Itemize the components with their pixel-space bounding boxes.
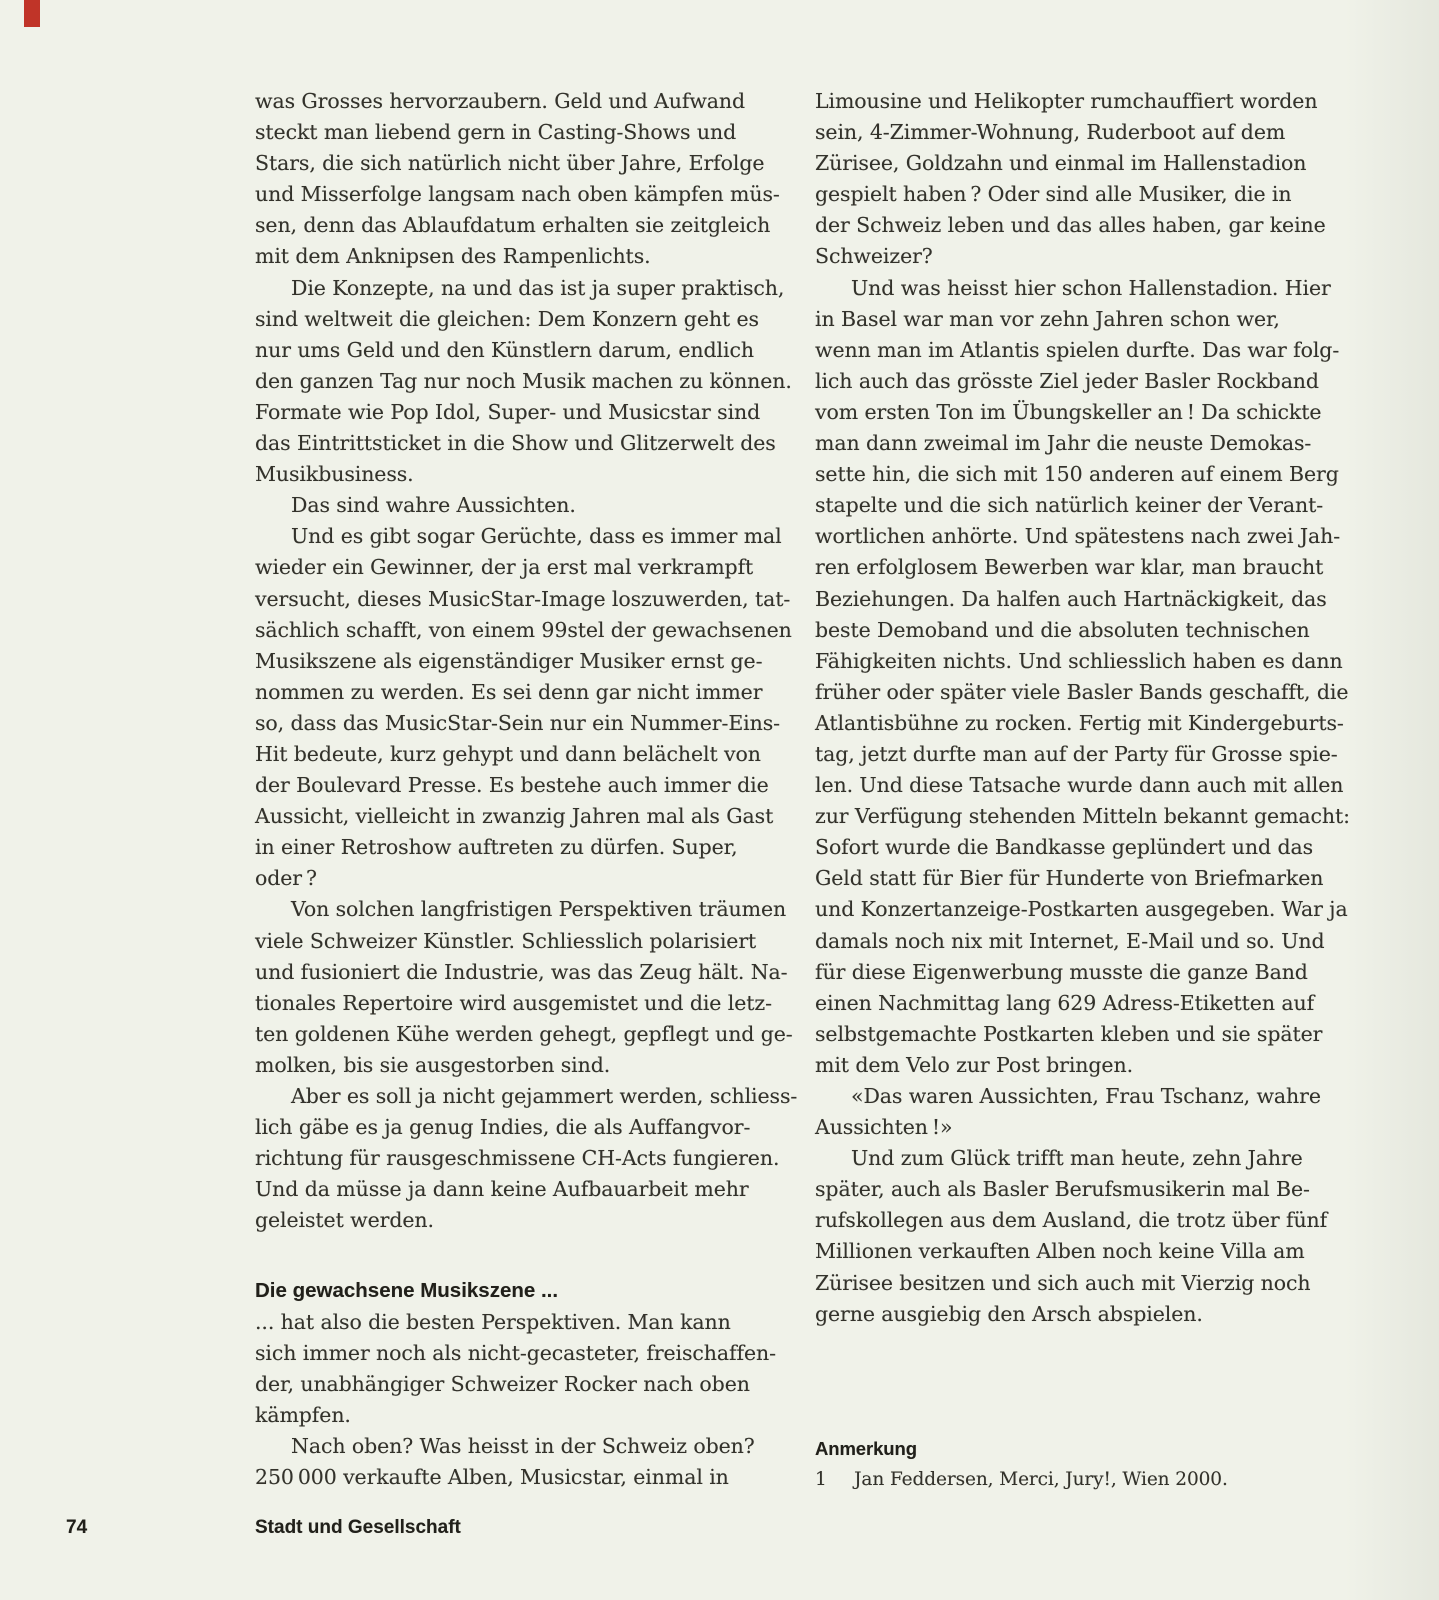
text-line: gespielt haben ? Oder sind alle Musiker,…: [815, 179, 1350, 210]
text-line: so, dass das MusicStar-Sein nur ein Numm…: [255, 708, 795, 739]
text-line: Musikbusiness.: [255, 459, 795, 490]
text-line: viele Schweizer Künstler. Schliesslich p…: [255, 926, 795, 957]
text-line: Schweizer?: [815, 241, 1350, 272]
text-line: wenn man im Atlantis spielen durfte. Das…: [815, 335, 1350, 366]
text-line: Musikszene als eigenständiger Musiker er…: [255, 646, 795, 677]
text-line: 250 000 verkaufte Alben, Musicstar, einm…: [255, 1462, 795, 1493]
text-line: einen Nachmittag lang 629 Adress-Etikett…: [815, 988, 1350, 1019]
text-line: sich immer noch als nicht-gecasteter, fr…: [255, 1338, 795, 1369]
note-heading: Anmerkung: [815, 1433, 1350, 1464]
text-line: Und was heisst hier schon Hallenstadion.…: [815, 273, 1350, 304]
text-line: Hit bedeute, kurz gehypt und dann beläch…: [255, 739, 795, 770]
text-line: Stars, die sich natürlich nicht über Jah…: [255, 148, 795, 179]
text-line: sen, denn das Ablaufdatum erhalten sie z…: [255, 210, 795, 241]
text-line: Sofort wurde die Bandkasse geplündert un…: [815, 832, 1350, 863]
text-line: Beziehungen. Da halfen auch Hartnäckigke…: [815, 584, 1350, 615]
text-line: und Konzertanzeige-Postkarten ausgegeben…: [815, 894, 1350, 925]
text-line: ... hat also die besten Perspektiven. Ma…: [255, 1307, 795, 1338]
text-line: Atlantisbühne zu rocken. Fertig mit Kind…: [815, 708, 1350, 739]
text-line: Das sind wahre Aussichten.: [255, 490, 795, 521]
running-footer-section-title: Stadt und Gesellschaft: [255, 1516, 461, 1540]
text-line: und fusioniert die Industrie, was das Ze…: [255, 957, 795, 988]
text-line: tag, jetzt durfte man auf der Party für …: [815, 739, 1350, 770]
text-line: damals noch nix mit Internet, E-Mail und…: [815, 926, 1350, 957]
text-line: mit dem Anknipsen des Rampenlichts.: [255, 241, 795, 272]
text-line: geleistet werden.: [255, 1205, 795, 1236]
text-line: sette hin, die sich mit 150 anderen auf …: [815, 459, 1350, 490]
text-line: rufskollegen aus dem Ausland, die trotz …: [815, 1205, 1350, 1236]
text-line: später, auch als Basler Berufsmusikerin …: [815, 1174, 1350, 1205]
text-line: nur ums Geld und den Künstlern darum, en…: [255, 335, 795, 366]
text-line: molken, bis sie ausgestorben sind.: [255, 1050, 795, 1081]
text-line: zur Verfügung stehenden Mitteln bekannt …: [815, 801, 1350, 832]
text-line: wortlichen anhörte. Und spätestens nach …: [815, 521, 1350, 552]
text-line: mit dem Velo zur Post bringen.: [815, 1050, 1350, 1081]
text-line: ren erfolglosem Bewerben war klar, man b…: [815, 552, 1350, 583]
right-text-column: Limousine und Helikopter rumchauffiert w…: [815, 86, 1350, 1495]
left-text-column: was Grosses hervorzaubern. Geld und Aufw…: [255, 86, 795, 1493]
text-line: Und da müsse ja dann keine Aufbauarbeit …: [255, 1174, 795, 1205]
text-line: Von solchen langfristigen Perspektiven t…: [255, 894, 795, 925]
text-line: versucht, dieses MusicStar-Image loszuwe…: [255, 584, 795, 615]
text-line: beste Demoband und die absoluten technis…: [815, 615, 1350, 646]
text-line: lich auch das grösste Ziel jeder Basler …: [815, 366, 1350, 397]
spacer: [815, 1330, 1350, 1433]
text-line: selbstgemachte Postkarten kleben und sie…: [815, 1019, 1350, 1050]
text-line: gerne ausgiebig den Arsch abspielen.: [815, 1299, 1350, 1330]
text-line: für diese Eigenwerbung musste die ganze …: [815, 957, 1350, 988]
text-line: Und zum Glück trifft man heute, zehn Jah…: [815, 1143, 1350, 1174]
text-line: Die Konzepte, na und das ist ja super pr…: [255, 273, 795, 304]
footnote-line: 1 Jan Feddersen, Merci, Jury!, Wien 2000…: [815, 1464, 1350, 1495]
scanned-book-page: was Grosses hervorzaubern. Geld und Aufw…: [0, 0, 1439, 1600]
text-line: vom ersten Ton im Übungskeller an ! Da s…: [815, 397, 1350, 428]
text-line: richtung für rausgeschmissene CH-Acts fu…: [255, 1143, 795, 1174]
text-line: sein, 4-Zimmer-Wohnung, Ruderboot auf de…: [815, 117, 1350, 148]
text-line: stapelte und die sich natürlich keiner d…: [815, 490, 1350, 521]
text-line: das Eintrittsticket in die Show und Glit…: [255, 428, 795, 459]
text-line: len. Und diese Tatsache wurde dann auch …: [815, 770, 1350, 801]
red-registration-mark: [24, 0, 40, 27]
text-line: oder ?: [255, 863, 795, 894]
text-line: ten goldenen Kühe werden gehegt, gepfleg…: [255, 1019, 795, 1050]
text-line: Fähigkeiten nichts. Und schliesslich hab…: [815, 646, 1350, 677]
text-line: Aber es soll ja nicht gejammert werden, …: [255, 1081, 795, 1112]
text-line: sächlich schafft, von einem 99stel der g…: [255, 615, 795, 646]
text-line: früher oder später viele Basler Bands ge…: [815, 677, 1350, 708]
text-line: kämpfen.: [255, 1400, 795, 1431]
text-line: Und es gibt sogar Gerüchte, dass es imme…: [255, 521, 795, 552]
text-line: Zürisee besitzen und sich auch mit Vierz…: [815, 1268, 1350, 1299]
text-line: in einer Retroshow auftreten zu dürfen. …: [255, 832, 795, 863]
text-line: lich gäbe es ja genug Indies, die als Au…: [255, 1112, 795, 1143]
text-line: der, unabhängiger Schweizer Rocker nach …: [255, 1369, 795, 1400]
text-line: Zürisee, Goldzahn und einmal im Hallenst…: [815, 148, 1350, 179]
text-line: der Boulevard Presse. Es bestehe auch im…: [255, 770, 795, 801]
text-line: Nach oben? Was heisst in der Schweiz obe…: [255, 1431, 795, 1462]
text-line: der Schweiz leben und das alles haben, g…: [815, 210, 1350, 241]
text-line: wieder ein Gewinner, der ja erst mal ver…: [255, 552, 795, 583]
text-line: in Basel war man vor zehn Jahren schon w…: [815, 304, 1350, 335]
text-line: was Grosses hervorzaubern. Geld und Aufw…: [255, 86, 795, 117]
text-line: Limousine und Helikopter rumchauffiert w…: [815, 86, 1350, 117]
section-heading: Die gewachsene Musikszene ...: [255, 1275, 795, 1306]
text-line: tionales Repertoire wird ausgemistet und…: [255, 988, 795, 1019]
text-line: Aussichten !»: [815, 1112, 1350, 1143]
text-line: nommen zu werden. Es sei denn gar nicht …: [255, 677, 795, 708]
page-number: 74: [66, 1516, 87, 1540]
text-line: Formate wie Pop Idol, Super- und Musicst…: [255, 397, 795, 428]
text-line: sind weltweit die gleichen: Dem Konzern …: [255, 304, 795, 335]
text-line: Geld statt für Bier für Hunderte von Bri…: [815, 863, 1350, 894]
text-line: man dann zweimal im Jahr die neuste Demo…: [815, 428, 1350, 459]
text-line: «Das waren Aussichten, Frau Tschanz, wah…: [815, 1081, 1350, 1112]
text-line: und Misserfolge langsam nach oben kämpfe…: [255, 179, 795, 210]
text-line: steckt man liebend gern in Casting-Shows…: [255, 117, 795, 148]
spacer: [255, 1236, 795, 1275]
text-line: den ganzen Tag nur noch Musik machen zu …: [255, 366, 795, 397]
text-line: Millionen verkauften Alben noch keine Vi…: [815, 1236, 1350, 1267]
text-line: Aussicht, vielleicht in zwanzig Jahren m…: [255, 801, 795, 832]
